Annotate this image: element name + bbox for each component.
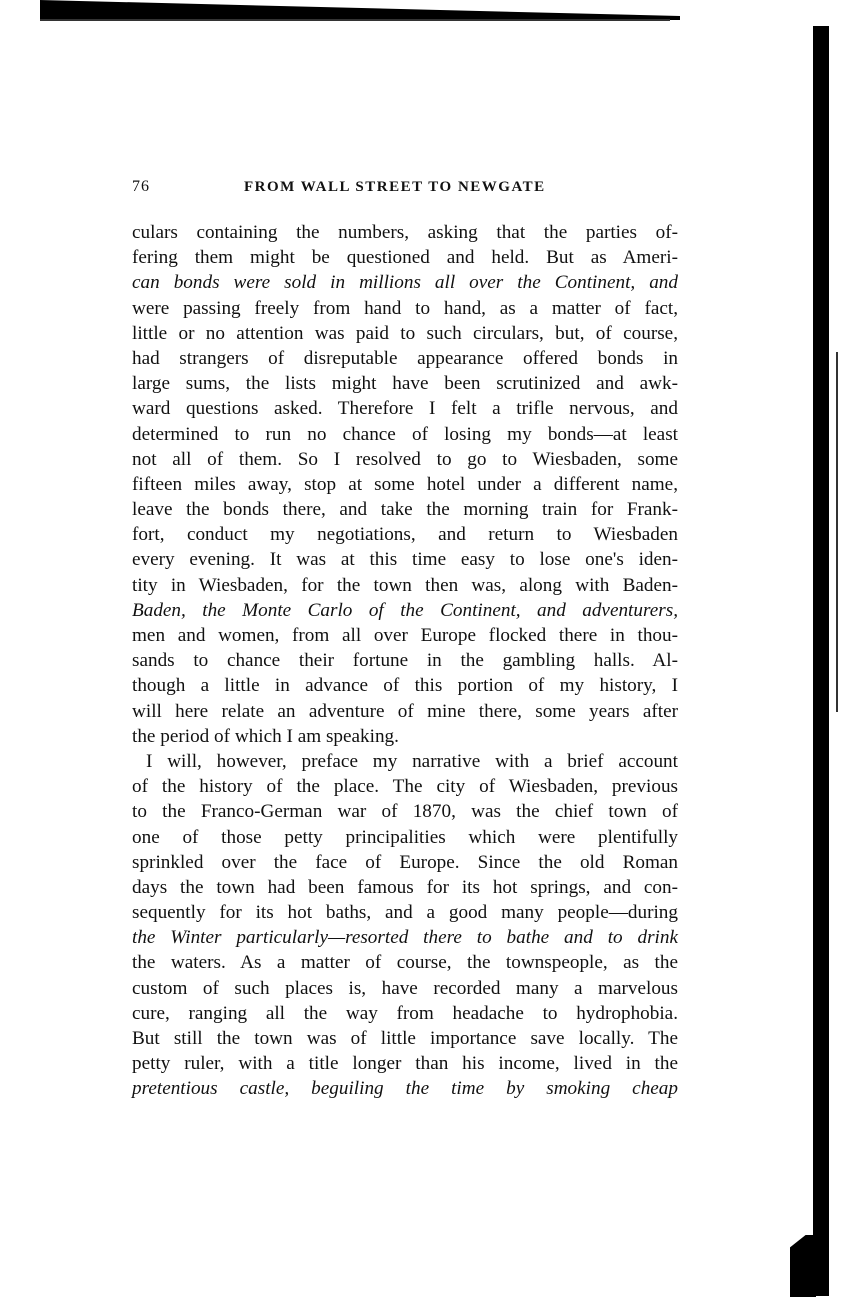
text-line: sequently for its hot baths, and a good … [132,900,678,925]
scan-top-edge-shadow [40,0,680,20]
book-page: 76 FROM WALL STREET TO NEWGATE culars co… [132,178,678,1102]
text-line: the Winter particularly—resorted there t… [132,925,678,950]
text-line: will here relate an adventure of mine th… [132,699,678,724]
text-line: had strangers of disreputable appearance… [132,346,678,371]
text-line: of the history of the place. The city of… [132,774,678,799]
scan-binding-foot [790,1235,816,1297]
text-line: tity in Wiesbaden, for the town then was… [132,573,678,598]
scan-top-edge-line [40,19,670,21]
text-line: large sums, the lists might have been sc… [132,371,678,396]
text-line: Baden, the Monte Carlo of the Continent,… [132,598,678,623]
text-line: But still the town was of little importa… [132,1026,678,1051]
text-line: custom of such places is, have recorded … [132,976,678,1001]
text-line: fifteen miles away, stop at some hotel u… [132,472,678,497]
page-number: 76 [132,178,244,196]
text-line: fort, conduct my negotiations, and retur… [132,522,678,547]
text-line: though a little in advance of this porti… [132,673,678,698]
text-line: not all of them. So I resolved to go to … [132,447,678,472]
text-line: can bonds were sold in millions all over… [132,270,678,295]
text-line: every evening. It was at this time easy … [132,547,678,572]
text-line: pretentious castle, beguiling the time b… [132,1076,678,1101]
text-line: leave the bonds there, and take the morn… [132,497,678,522]
text-line: the waters. As a matter of course, the t… [132,950,678,975]
text-line: cure, ranging all the way from headache … [132,1001,678,1026]
running-head-title: FROM WALL STREET TO NEWGATE [244,179,546,196]
text-line: determined to run no chance of losing my… [132,422,678,447]
text-line: men and women, from all over Europe floc… [132,623,678,648]
text-line: sands to chance their fortune in the gam… [132,648,678,673]
text-line: little or no attention was paid to such … [132,321,678,346]
text-line: fering them might be questioned and held… [132,245,678,270]
text-line: the period of which I am speaking. [132,724,678,749]
text-line: ward questions asked. Therefore I felt a… [132,396,678,421]
text-line: culars containing the numbers, asking th… [132,220,678,245]
running-head: 76 FROM WALL STREET TO NEWGATE [132,178,678,208]
text-line: petty ruler, with a title longer than hi… [132,1051,678,1076]
text-line: days the town had been famous for its ho… [132,875,678,900]
text-line: to the Franco-German war of 1870, was th… [132,799,678,824]
text-line: I will, however, preface my narrative wi… [132,749,678,774]
text-line: were passing freely from hand to hand, a… [132,296,678,321]
scan-binding-shadow [813,26,829,1296]
text-line: sprinkled over the face of Europe. Since… [132,850,678,875]
scan-page-edge [836,352,838,712]
text-line: one of those petty principalities which … [132,825,678,850]
body-text: culars containing the numbers, asking th… [132,220,678,1102]
